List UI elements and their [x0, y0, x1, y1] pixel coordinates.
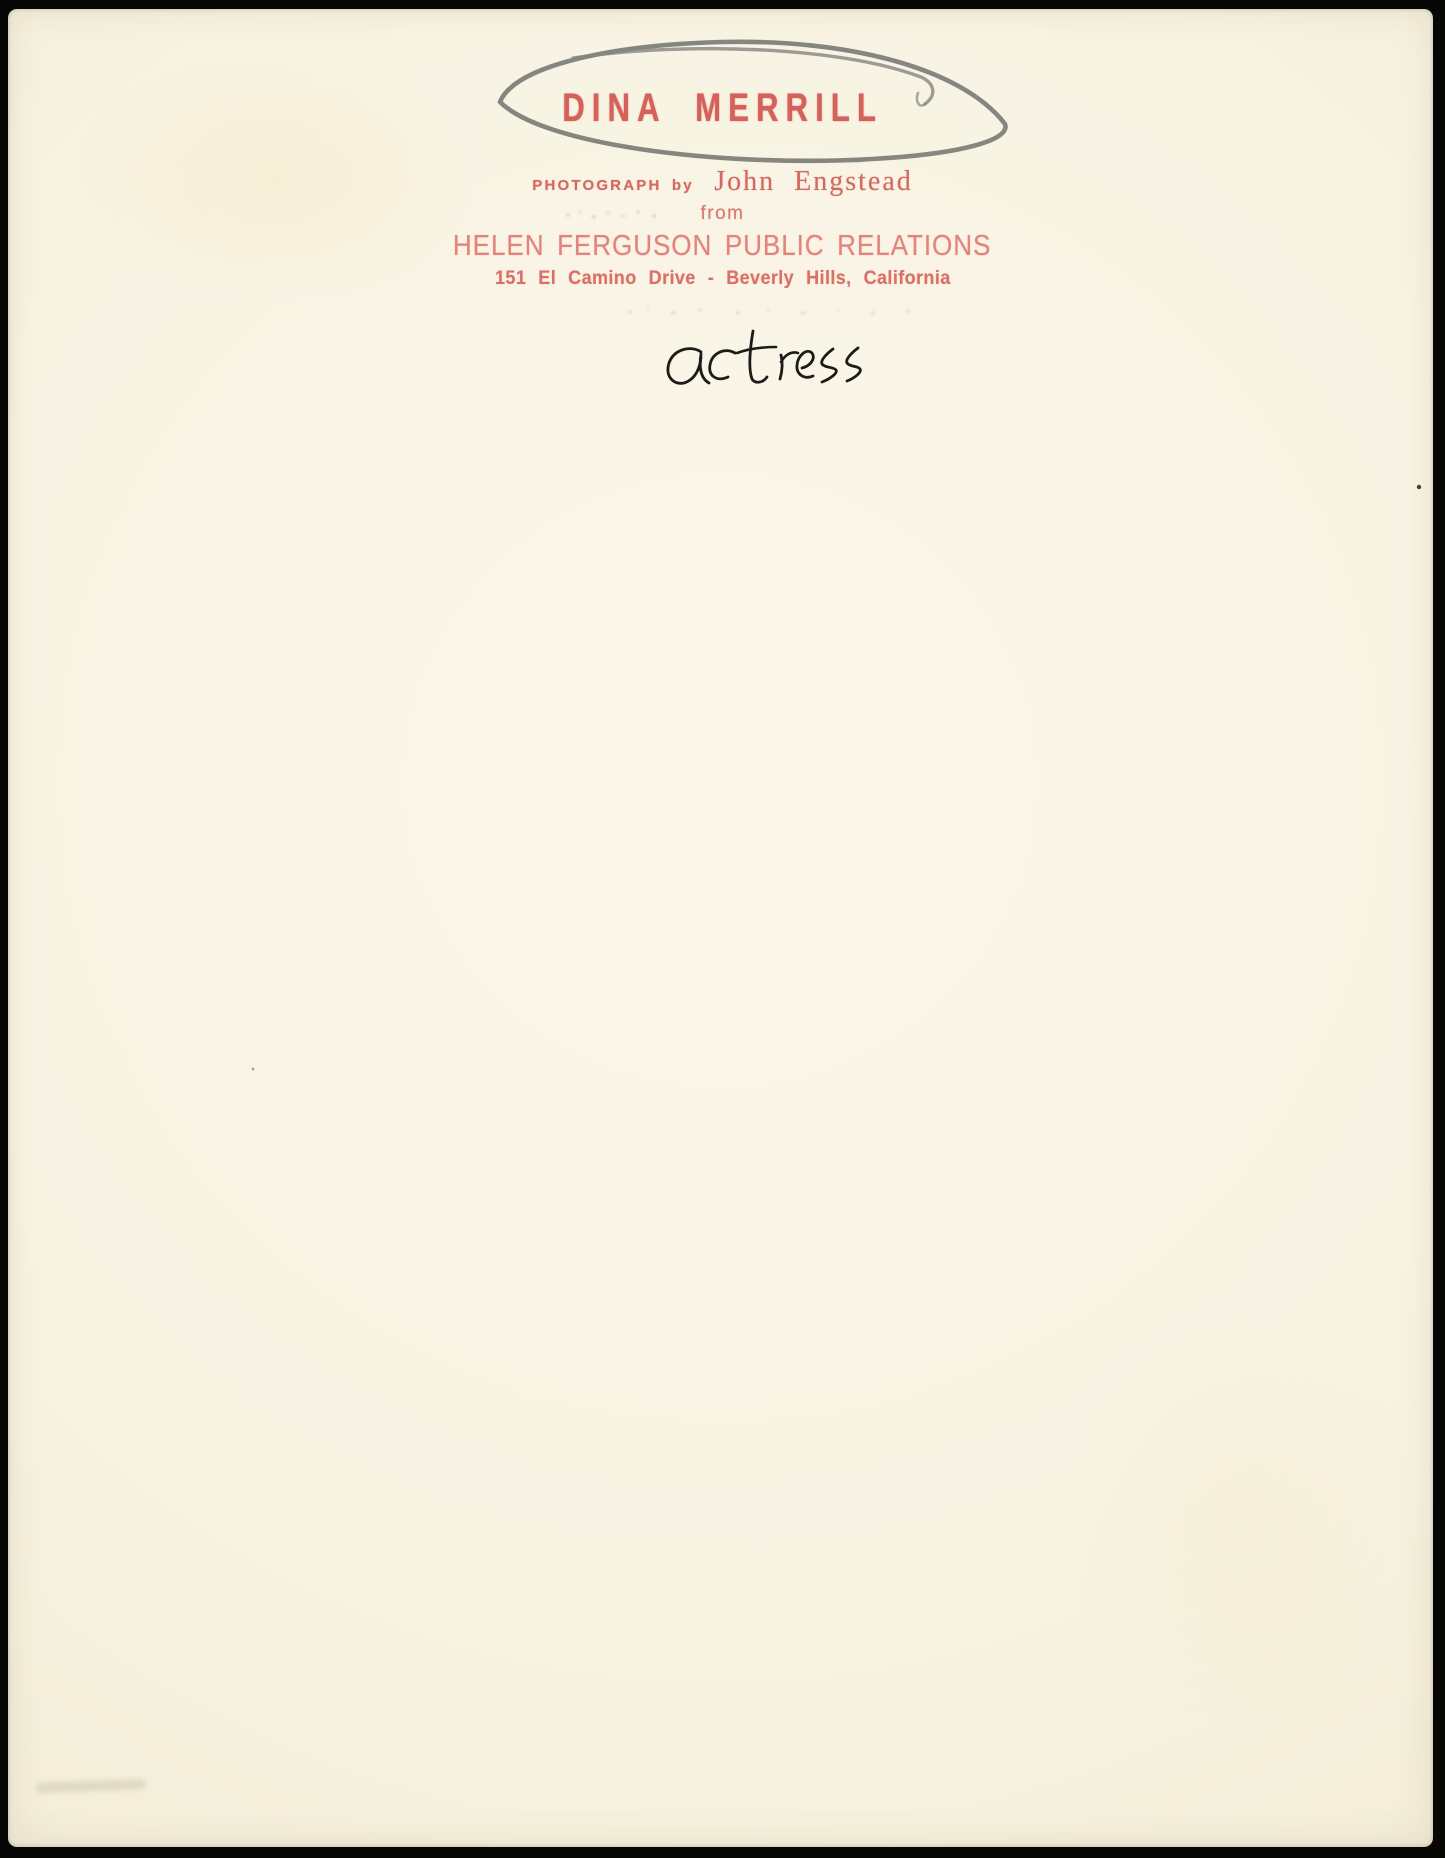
photographer-name-text: John Engstead [714, 166, 913, 197]
from-label-text: from [701, 203, 745, 225]
name-stamp-text: DINA MERRILL [562, 86, 883, 131]
agency-address-line: 151 El Camino Drive - Beverly Hills, Cal… [0, 268, 1445, 290]
credit-line: PHOTOGRAPH by John Engstead [0, 166, 1445, 198]
paper-stain [1058, 1309, 1418, 1729]
agency-name-text: HELEN FERGUSON PUBLIC RELATIONS [453, 230, 991, 263]
from-line: from [0, 203, 1445, 225]
pencil-smudge [36, 1779, 146, 1793]
credit-prefix-text: PHOTOGRAPH by [532, 177, 694, 194]
faint-stamp-streak [618, 305, 923, 318]
name-stamp-line: DINA MERRILL [0, 86, 1445, 131]
agency-address-text: 151 El Camino Drive - Beverly Hills, Cal… [495, 268, 951, 290]
agency-name-line: HELEN FERGUSON PUBLIC RELATIONS [0, 230, 1445, 263]
